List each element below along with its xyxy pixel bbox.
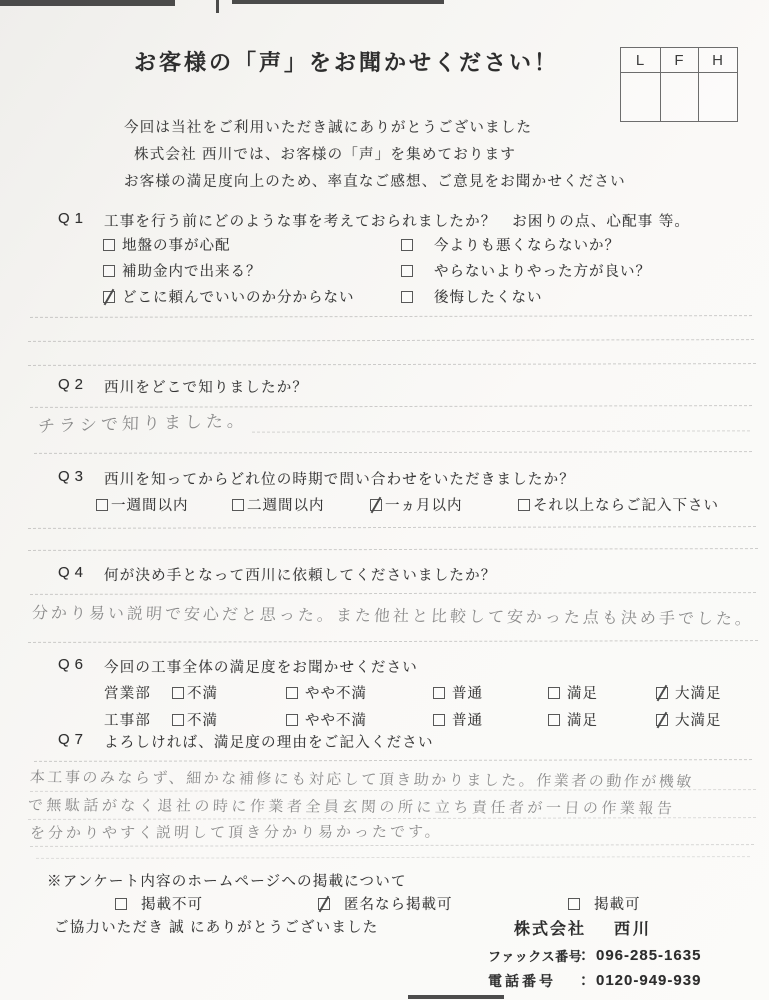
option-label: 普通: [452, 682, 483, 703]
grade-header-l: L: [621, 48, 661, 73]
scanned-survey-page: お客様の「声」をお聞かせください！ L F H 今回は当社をご利用いただき誠にあ…: [0, 0, 769, 1000]
option-label: やらないよりやった方が良い？: [434, 260, 651, 281]
option-label: 大満足: [675, 682, 722, 703]
answer-rule: [28, 817, 756, 820]
option-label: 不満: [187, 709, 218, 730]
checkbox[interactable]: [518, 499, 530, 511]
grade-box-table: L F H: [620, 47, 738, 122]
option-label: 一週間以内: [111, 494, 189, 515]
q3-question: 西川を知ってからどれ位の時期で問い合わせをいただきましたか？: [104, 468, 575, 489]
scan-artifact-bottom: [408, 995, 504, 999]
intro-line-3: お客様の満足度向上のため、率直なご感想、ご意見をお聞かせください: [124, 170, 626, 191]
q6-question: 今回の工事全体の満足度をお聞かせください: [104, 656, 418, 677]
option-label: 満足: [567, 709, 598, 730]
q6-construction-dissatisfied: 不満: [172, 709, 218, 730]
checkbox[interactable]: [172, 714, 184, 726]
option-label: やや不満: [305, 709, 367, 730]
q2-answer-handwriting: チラシで知りました。: [38, 406, 249, 437]
q7-answer-line-2: で無駄話がなく退社の時に作業者全員玄関の所に立ち責任者が一日の作業報告: [27, 794, 676, 818]
scan-artifact-top-right: [232, 0, 444, 4]
checkbox[interactable]: [286, 714, 298, 726]
publication-option-allowed: 掲載可: [568, 893, 641, 914]
q1-question: 工事を行う前にどのような事を考えておられましたか？ お困りの点、心配事 等。: [104, 210, 690, 231]
checkbox[interactable]: [401, 239, 413, 251]
q6-sales-very-satisfied: 大満足: [656, 682, 722, 703]
answer-rule: [28, 526, 756, 529]
q7-answer-line-3: を分かりやすく説明して頂き分かり易かったです。: [29, 821, 443, 843]
answer-rule: [34, 759, 752, 762]
phone-number: ：0120-949-939: [580, 969, 701, 990]
q6-label: Q6: [58, 656, 88, 673]
q7-question: よろしければ、満足度の理由をご記入ください: [104, 731, 434, 752]
answer-rule: [28, 363, 756, 366]
q6-construction-satisfied: 満足: [548, 709, 598, 730]
answer-rule: [34, 451, 752, 454]
checkbox[interactable]: [401, 265, 413, 277]
option-label: 普通: [452, 709, 483, 730]
option-label: 一ヵ月以内: [385, 494, 463, 515]
publication-option-anonymous-ok: 匿名なら掲載可: [318, 893, 453, 914]
option-label: 匿名なら掲載可: [344, 893, 453, 914]
q1-option-not-worse: 今よりも悪くならないか？: [401, 234, 620, 255]
q3-option-longer: それ以上ならご記入下さい: [518, 494, 719, 515]
option-label: 満足: [567, 682, 598, 703]
q6-sales-satisfied: 満足: [548, 682, 598, 703]
option-label: やや不満: [305, 682, 367, 703]
q1-option-ground-worry: 地盤の事が心配: [103, 234, 231, 255]
answer-rule: [30, 315, 752, 318]
checkbox[interactable]: [568, 898, 580, 910]
q6-row-name-sales: 営業部: [104, 682, 151, 703]
page-title: お客様の「声」をお聞かせください！: [134, 46, 559, 77]
option-label: 後悔したくない: [434, 286, 543, 307]
answer-rule: [28, 548, 758, 551]
checkbox[interactable]: [103, 265, 115, 277]
grade-header-h: H: [699, 48, 737, 73]
checkbox[interactable]: [401, 291, 413, 303]
option-label: 地盤の事が心配: [122, 234, 231, 255]
checkbox[interactable]: [96, 499, 108, 511]
option-label: 掲載可: [594, 893, 641, 914]
option-label: 二週間以内: [247, 494, 325, 515]
grade-cell-l: [621, 73, 661, 121]
q6-row-name-construction: 工事部: [104, 709, 151, 730]
checkbox[interactable]: [656, 687, 668, 699]
answer-rule: [36, 856, 750, 859]
option-label: 今よりも悪くならないか？: [434, 234, 620, 255]
q1-option-no-regret: 後悔したくない: [401, 286, 543, 307]
q1-option-dont-know-who: どこに頼んでいいのか分からない: [103, 286, 355, 307]
fax-label: ファックス番号: [488, 946, 582, 965]
checkbox[interactable]: [433, 714, 445, 726]
q1-option-within-subsidy: 補助金内で出来る？: [103, 260, 262, 281]
phone-label: 電話番号: [488, 971, 556, 991]
checkbox[interactable]: [656, 714, 668, 726]
q4-answer-handwriting: 分かり易い説明で安心だと思った。また他社と比較して安かった点も決め手でした。: [31, 600, 754, 629]
q7-label: Q7: [58, 731, 88, 748]
checkbox[interactable]: [115, 898, 127, 910]
grade-header-f: F: [661, 48, 699, 73]
option-label: 補助金内で出来る？: [122, 260, 262, 281]
q2-label: Q2: [58, 376, 88, 393]
q4-question: 何が決め手となって西川に依頼してくださいましたか？: [104, 564, 497, 585]
answer-rule: [30, 844, 754, 847]
answer-rule: [30, 405, 752, 408]
intro-line-2: 株式会社 西川では、お客様の「声」を集めております: [134, 143, 516, 164]
option-label: 掲載不可: [141, 893, 203, 914]
answer-rule: [252, 430, 750, 432]
q1-label: Q1: [58, 210, 88, 227]
grade-cell-h: [699, 73, 737, 121]
option-label: 大満足: [675, 709, 722, 730]
answer-rule: [30, 592, 756, 595]
option-label: 不満: [187, 682, 218, 703]
checkbox[interactable]: [232, 499, 244, 511]
thanks-message: ご協力いただき 誠 にありがとうございました: [54, 916, 378, 937]
checkbox[interactable]: [433, 687, 445, 699]
company-type: 株式会社: [514, 916, 586, 939]
q4-label: Q4: [58, 564, 88, 581]
scan-artifact-top-left: [0, 0, 175, 6]
q6-sales-somewhat-dissatisfied: やや不満: [286, 682, 367, 703]
answer-rule: [28, 640, 758, 643]
checkbox[interactable]: [370, 499, 382, 511]
q6-construction-somewhat-dissatisfied: やや不満: [286, 709, 367, 730]
checkbox[interactable]: [548, 687, 560, 699]
q2-question: 西川をどこで知りましたか？: [104, 376, 308, 397]
q1-option-better-to-do: やらないよりやった方が良い？: [401, 260, 651, 281]
checkbox[interactable]: [103, 291, 115, 303]
company-name: 西川: [614, 916, 652, 939]
scan-artifact-tick: [216, 0, 219, 13]
answer-rule: [28, 339, 754, 342]
grade-cell-f: [661, 73, 699, 121]
q7-answer-line-1: 本工事のみならず、細かな補修にも対応して頂き助かりました。作業者の動作が機敏: [29, 766, 694, 792]
checkbox[interactable]: [172, 687, 184, 699]
q3-option-within-1-week: 一週間以内: [96, 494, 189, 515]
q6-construction-very-satisfied: 大満足: [656, 709, 722, 730]
option-label: それ以上ならご記入下さい: [533, 494, 719, 515]
checkbox[interactable]: [286, 687, 298, 699]
publication-heading: ※アンケート内容のホームページへの掲載について: [47, 870, 407, 891]
q3-option-within-2-weeks: 二週間以内: [232, 494, 325, 515]
q3-option-within-1-month: 一ヵ月以内: [370, 494, 463, 515]
q6-construction-normal: 普通: [433, 709, 483, 730]
option-label: どこに頼んでいいのか分からない: [122, 286, 355, 307]
intro-line-1: 今回は当社をご利用いただき誠にありがとうございました: [124, 116, 532, 137]
checkbox[interactable]: [103, 239, 115, 251]
publication-option-not-allowed: 掲載不可: [115, 893, 203, 914]
q3-label: Q3: [58, 468, 88, 485]
fax-number: ：096-285-1635: [580, 944, 701, 965]
q6-sales-normal: 普通: [433, 682, 483, 703]
checkbox[interactable]: [318, 898, 330, 910]
checkbox[interactable]: [548, 714, 560, 726]
q6-sales-dissatisfied: 不満: [172, 682, 218, 703]
